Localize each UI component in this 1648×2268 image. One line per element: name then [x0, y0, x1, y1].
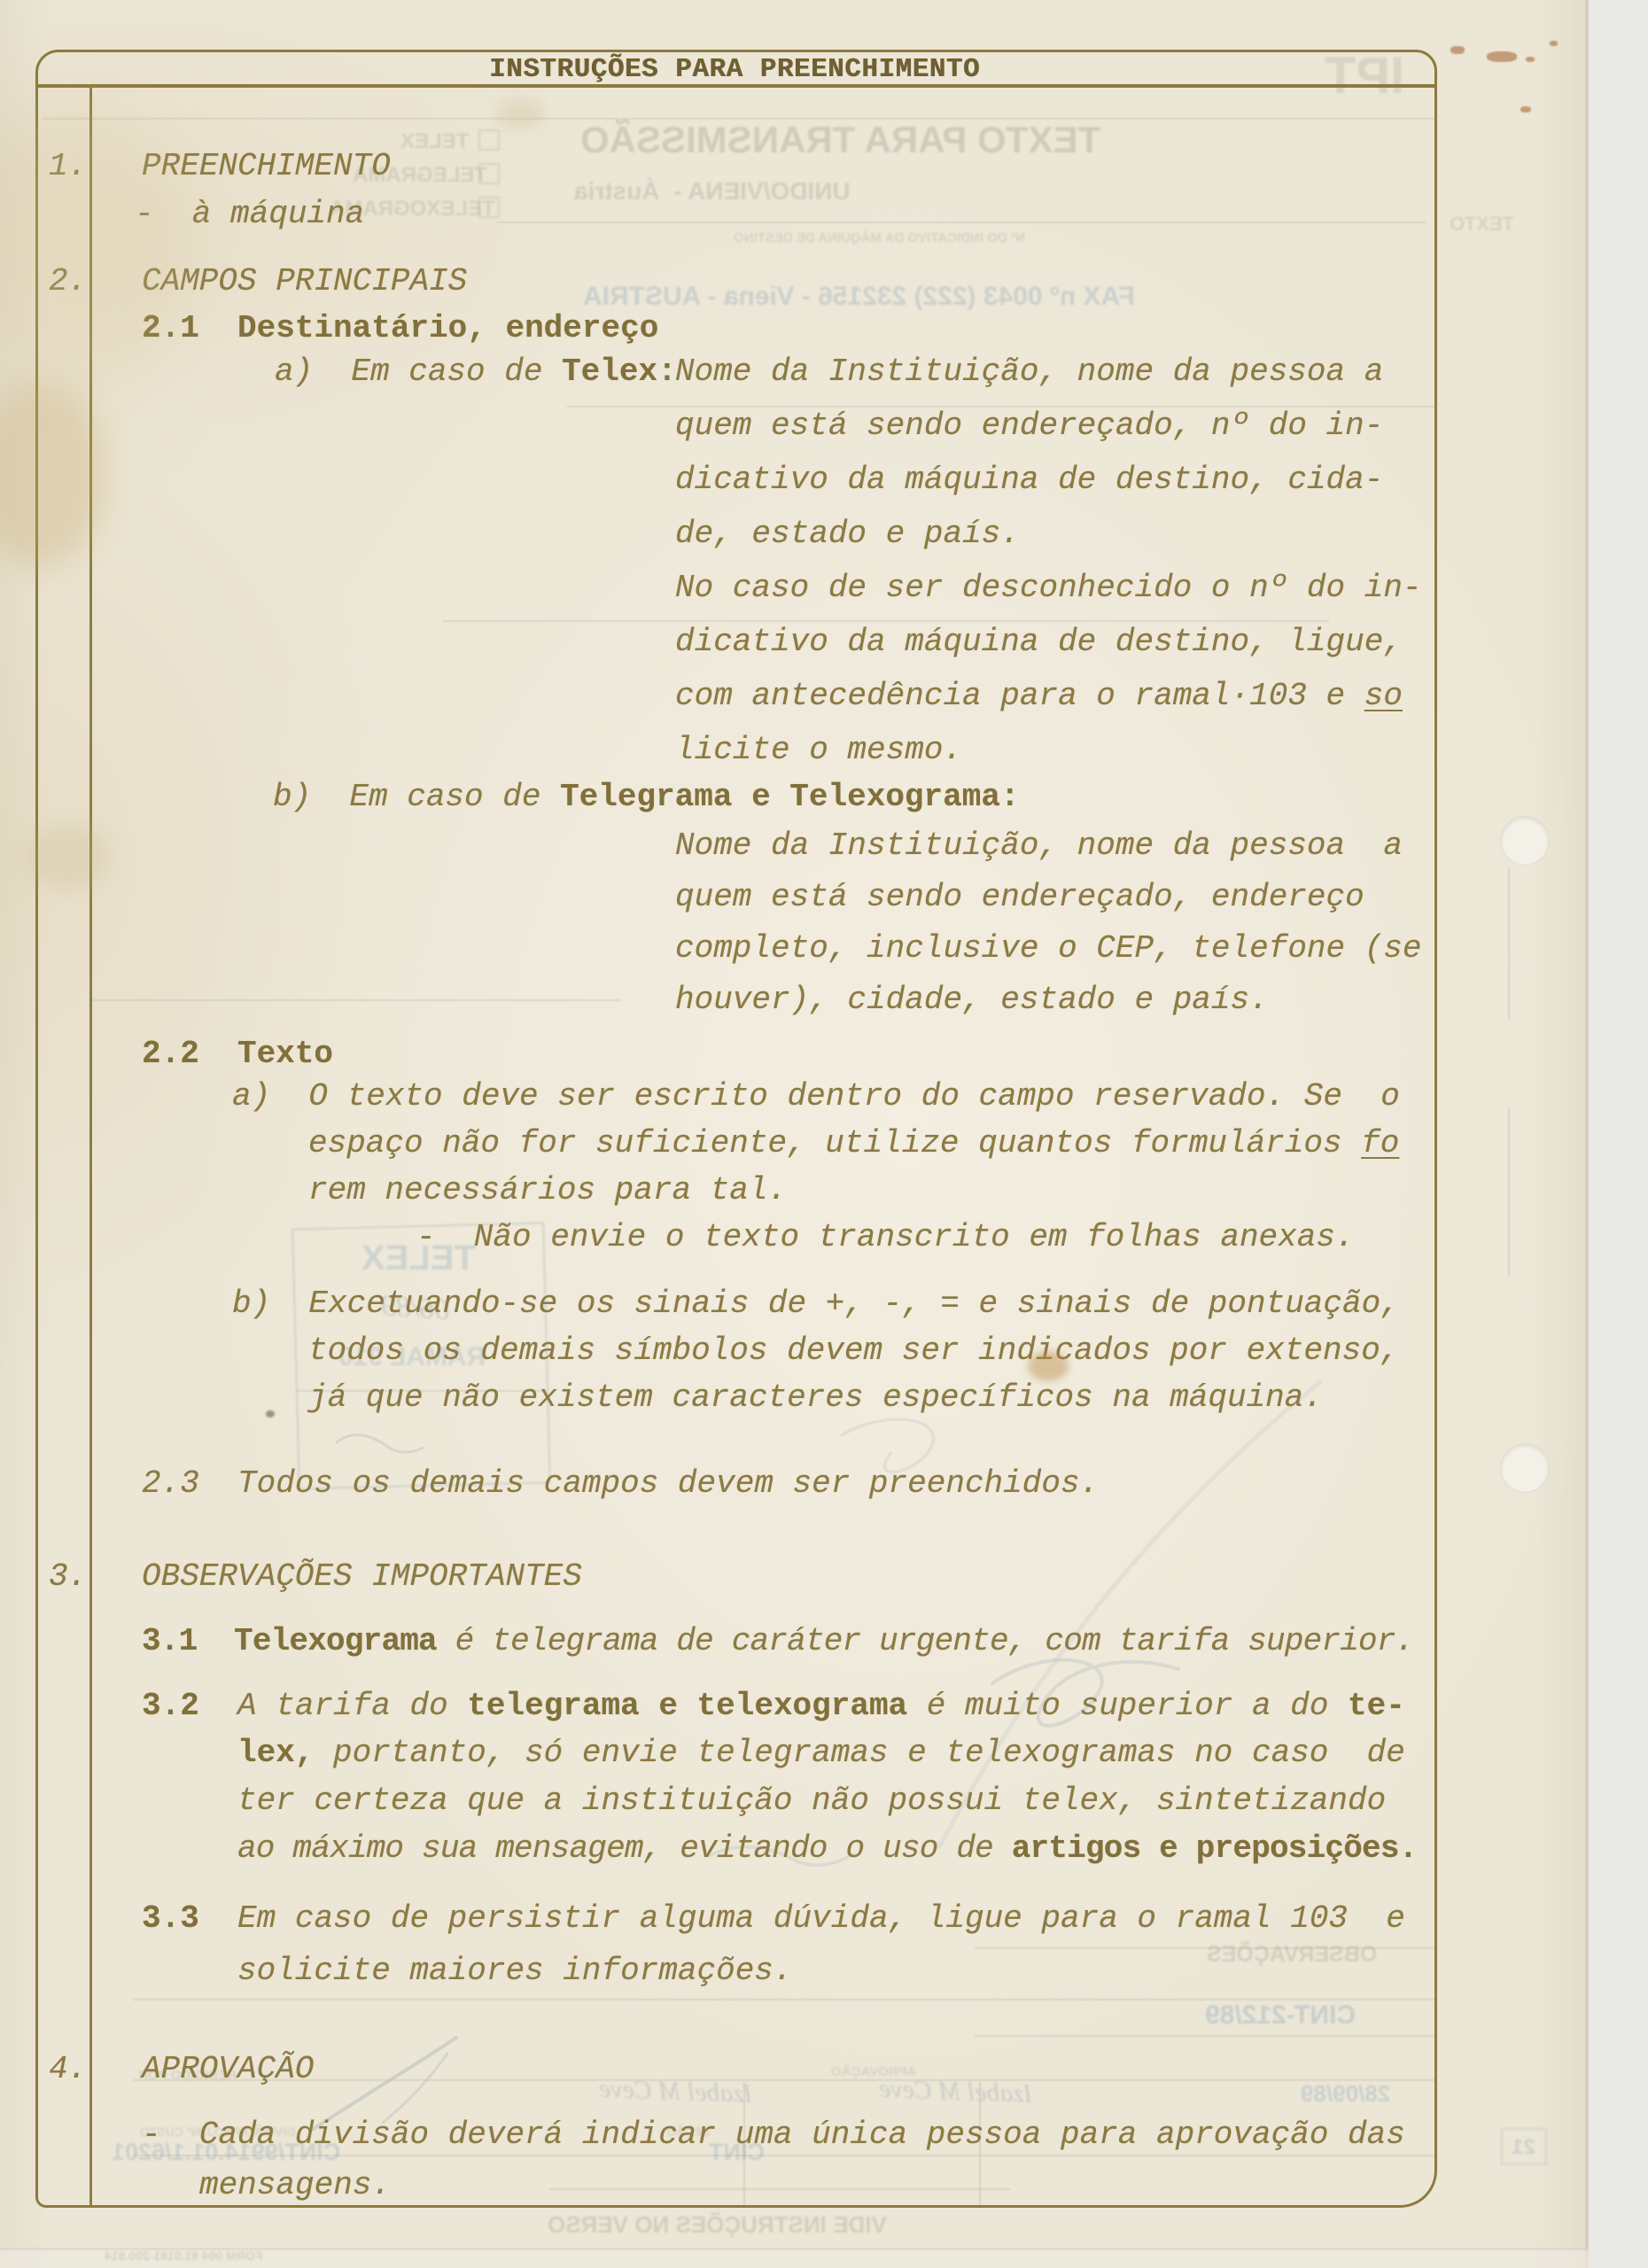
rust-speck [1487, 51, 1517, 62]
text-run: 3.2 [142, 1688, 237, 1724]
text-run: 3.1 Telexograma [142, 1623, 455, 1659]
text-run: 4. [49, 2051, 87, 2087]
text-run: de, estado e país. [675, 516, 1020, 552]
text-run: mensagens. [199, 2167, 391, 2203]
paper-stain [496, 99, 545, 128]
text-run: já que não existem caracteres específico… [308, 1379, 1323, 1416]
text-run: quem está sendo endereçado, endereço [675, 879, 1364, 915]
text-run: artigos e preposições. [1012, 1830, 1418, 1867]
text-run: Nome da Instituição, nome da pessoa a [675, 827, 1403, 864]
text-line: APROVAÇÃO [142, 2052, 314, 2087]
text-line: lex, portanto, só envie telegramas e tel… [237, 1736, 1405, 1771]
text-run: dicativo da máquina de destino, cida- [675, 462, 1383, 498]
text-line: com antecedência para o ramal·103 e so [675, 679, 1403, 714]
punch-hole [1501, 817, 1549, 865]
text-line: quem está sendo endereçado, nº do in- [675, 408, 1383, 444]
text-run: lex, [237, 1735, 333, 1771]
text-run: portanto, só envie telegramas e telexogr… [333, 1735, 1405, 1771]
text-run: 2.3 Todos os demais campos devem ser pre… [142, 1465, 1099, 1502]
scanned-document-page: TEXTO PARA TRANSMISSÃOIPTTELEXTELEGRAMAT… [0, 0, 1648, 2268]
rust-speck [1520, 106, 1531, 113]
text-line: mensagens. [199, 2168, 391, 2203]
text-line: dicativo da máquina de destino, ligue, [675, 625, 1403, 660]
text-run: rem necessários para tal. [308, 1172, 787, 1208]
text-line: a) Em caso de Telex: [275, 354, 677, 390]
rust-speck [1550, 41, 1558, 46]
text-line: de, estado e país. [675, 517, 1020, 552]
page-title: INSTRUÇÕES PARA PREENCHIMENTO [489, 55, 980, 85]
paper-stain [1028, 1351, 1069, 1381]
text-run: 3. [49, 1558, 87, 1595]
text-line: 2.1 Destinatário, endereço [142, 311, 658, 346]
text-run: é telegrama de caráter urgente, com tari… [455, 1623, 1414, 1659]
text-run: com antecedência para o ramal·103 e [675, 678, 1364, 714]
text-run: so [1364, 678, 1403, 714]
text-run: a) O texto deve ser escrito dentro do ca… [232, 1078, 1400, 1115]
text-line: houver), cidade, estado e país. [675, 983, 1269, 1018]
text-line: 3.1 Telexograma é telegrama de caráter u… [142, 1624, 1413, 1659]
text-line: ao máximo sua mensagem, evitando o uso d… [237, 1831, 1417, 1867]
text-line: - Não envie o texto transcrito em folhas… [416, 1220, 1355, 1255]
text-run: OBSERVAÇÕES IMPORTANTES [142, 1558, 582, 1595]
text-run: ter certeza que a instituição não possui… [237, 1783, 1386, 1819]
text-run: quem está sendo endereçado, nº do in- [675, 408, 1383, 444]
text-run: houver), cidade, estado e país. [675, 982, 1269, 1018]
text-run: - Cada divisão deverá indicar uma única … [142, 2117, 1405, 2153]
rust-speck [1526, 57, 1535, 62]
text-line: No caso de ser desconhecido o nº do in- [675, 571, 1422, 606]
text-line: 4. [49, 2052, 87, 2087]
text-line: Nome da Instituição, nome da pessoa a [675, 354, 1383, 390]
text-line: solicite maiores informações. [237, 1953, 793, 1989]
text-line: 3. [49, 1559, 87, 1595]
text-run: Em caso de persistir alguma dúvida, ligu… [237, 1900, 1405, 1937]
text-run: completo, inclusive o CEP, telefone (se [675, 930, 1422, 967]
text-run: é muito superior a do [927, 1688, 1348, 1724]
text-run: ao máximo sua mensagem, evitando o uso d… [237, 1830, 1012, 1867]
text-run: dicativo da máquina de destino, ligue, [675, 624, 1403, 660]
text-line: dicativo da máquina de destino, cida- [675, 462, 1383, 498]
text-run: A tarifa do [237, 1688, 467, 1724]
text-line: b) Excetuando-se os sinais de +, -, = e … [232, 1286, 1400, 1322]
text-line: todos os demais símbolos devem ser indic… [308, 1333, 1399, 1369]
text-line: já que não existem caracteres específico… [308, 1380, 1323, 1416]
text-run: No caso de ser desconhecido o nº do in- [675, 570, 1422, 606]
text-run: 3.3 [142, 1900, 237, 1937]
text-line: - Cada divisão deverá indicar uma única … [142, 2117, 1405, 2153]
text-run: - Não envie o texto transcrito em folhas… [416, 1219, 1355, 1255]
section-number-column-rule [89, 86, 92, 2205]
text-line: completo, inclusive o CEP, telefone (se [675, 931, 1422, 967]
text-run: APROVAÇÃO [142, 2051, 314, 2087]
text-run: solicite maiores informações. [237, 1953, 793, 1989]
text-line: espaço não for suficiente, utilize quant… [308, 1126, 1399, 1161]
paper-stain [27, 824, 111, 890]
text-run: fo [1361, 1125, 1399, 1161]
text-line: 2.3 Todos os demais campos devem ser pre… [142, 1466, 1099, 1502]
text-run: te- [1348, 1688, 1405, 1724]
text-run: telegrama e telexograma [467, 1688, 926, 1724]
text-line: 3.3 Em caso de persistir alguma dúvida, … [142, 1901, 1405, 1937]
text-run: a) Em caso de [275, 353, 562, 390]
text-line: licite o mesmo. [675, 733, 962, 768]
text-run: espaço não for suficiente, utilize quant… [308, 1125, 1361, 1161]
rust-speck [1450, 46, 1465, 54]
text-line: 2.2 Texto [142, 1037, 333, 1072]
punch-hole [1501, 1444, 1549, 1492]
text-line: rem necessários para tal. [308, 1173, 787, 1208]
text-line: ter certeza que a instituição não possui… [237, 1783, 1386, 1819]
text-run: Nome da Instituição, nome da pessoa a [675, 353, 1383, 390]
text-run: Telegrama e Telexograma: [560, 779, 1019, 815]
text-run: todos os demais símbolos devem ser indic… [308, 1332, 1399, 1369]
text-run: 2.2 Texto [142, 1036, 333, 1072]
text-run: licite o mesmo. [675, 732, 962, 768]
text-run: b) Em caso de [273, 779, 560, 815]
text-line: quem está sendo endereçado, endereço [675, 880, 1364, 915]
text-line: b) Em caso de Telegrama e Telexograma: [273, 780, 1020, 815]
text-run: Telex: [562, 353, 677, 390]
text-line: a) O texto deve ser escrito dentro do ca… [232, 1079, 1400, 1115]
text-line: OBSERVAÇÕES IMPORTANTES [142, 1559, 582, 1595]
text-run: b) Excetuando-se os sinais de +, -, = e … [232, 1285, 1400, 1322]
text-line: Nome da Instituição, nome da pessoa a [675, 828, 1403, 864]
text-run: 2.1 Destinatário, endereço [142, 310, 658, 346]
paper-stain [266, 1410, 275, 1417]
text-line: 3.2 A tarifa do telegrama e telexograma … [142, 1689, 1405, 1724]
